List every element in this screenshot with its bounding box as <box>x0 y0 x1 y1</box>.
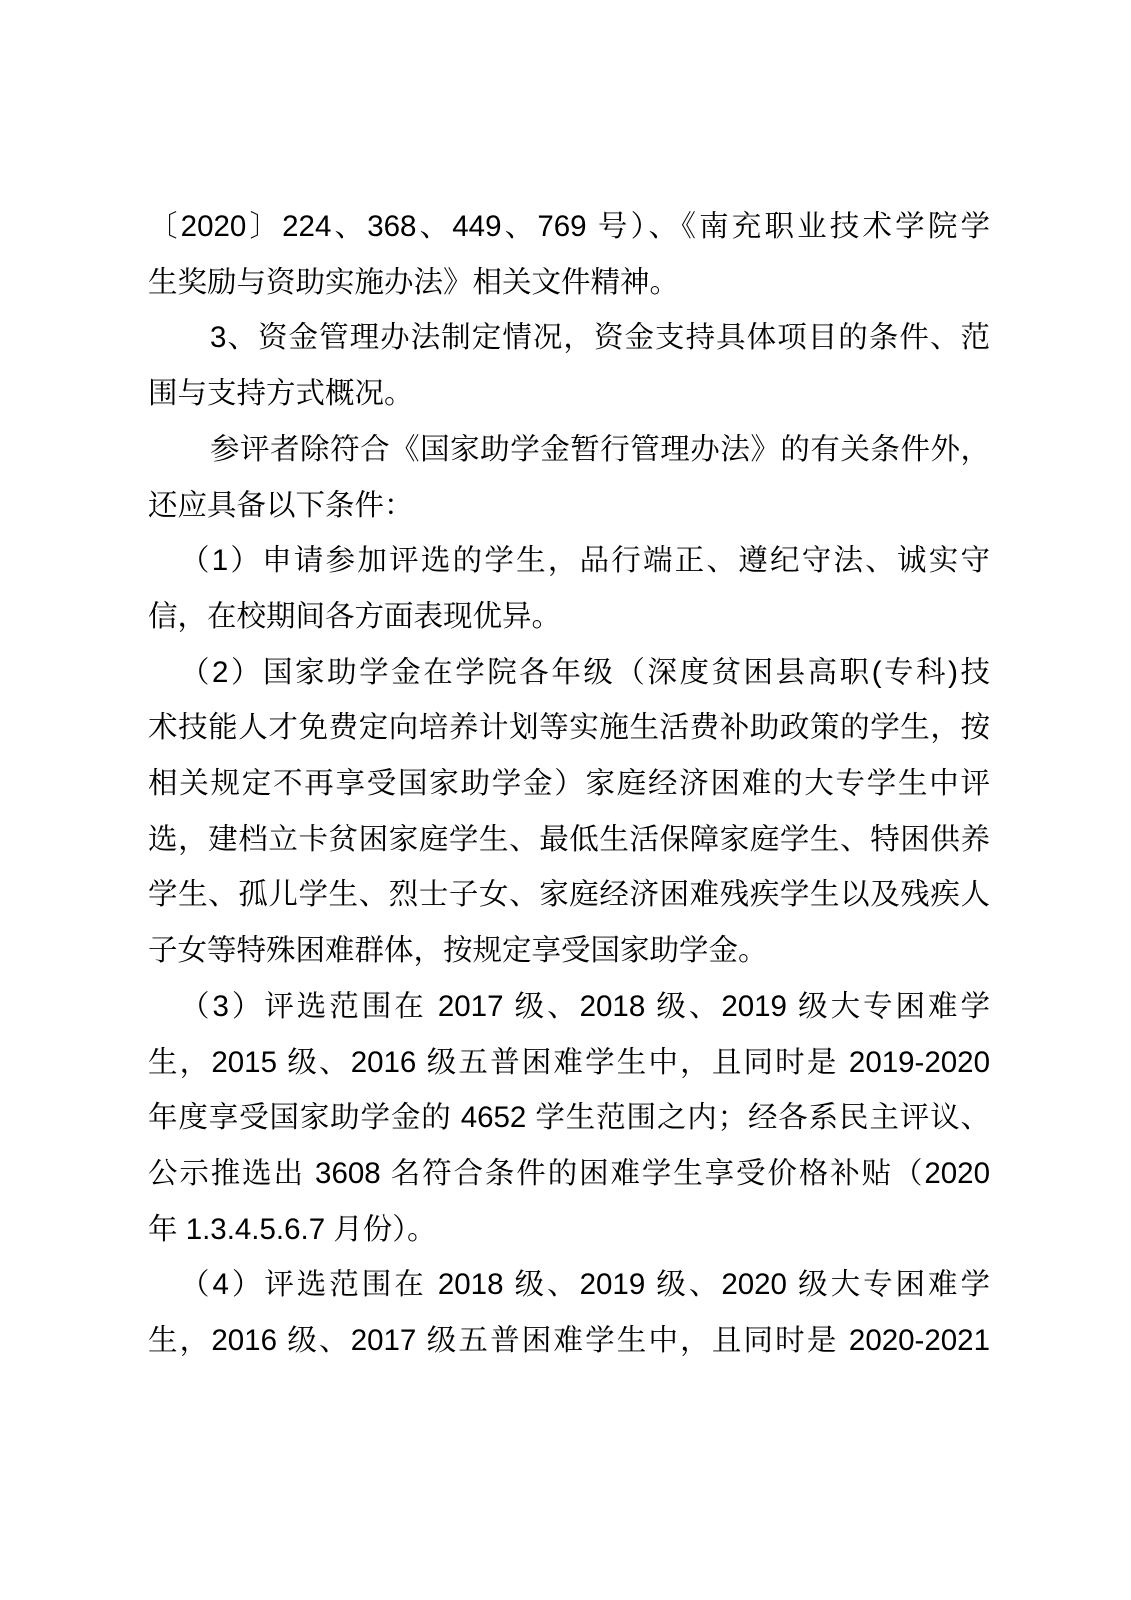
text-block: 〔2020〕224、368、449、769 号）、《南充职业技术学院学 生奖励与… <box>148 199 990 1369</box>
text-line: 生奖励与资助实施办法》相关文件精神。 <box>148 255 990 311</box>
text-line: 还应具备以下条件： <box>148 478 990 534</box>
text-line: 生，2016 级、2017 级五普困难学生中，且同时是 2020-2021 <box>148 1313 990 1369</box>
text-line: （3）评选范围在 2017 级、2018 级、2019 级大专困难学 <box>148 979 990 1035</box>
text-line: （2）国家助学金在学院各年级（深度贫困县高职(专科)技 <box>148 645 990 701</box>
text-line: 围与支持方式概况。 <box>148 366 990 422</box>
text-line: 信，在校期间各方面表现优异。 <box>148 589 990 645</box>
text-line: 术技能人才免费定向培养计划等实施生活费补助政策的学生，按 <box>148 700 990 756</box>
text-line: 年度享受国家助学金的 4652 学生范围之内；经各系民主评议、 <box>148 1090 990 1146</box>
text-line: 生，2015 级、2016 级五普困难学生中，且同时是 2019-2020 <box>148 1035 990 1091</box>
text-line: 公示推选出 3608 名符合条件的困难学生享受价格补贴（2020 <box>148 1146 990 1202</box>
document-page: 〔2020〕224、368、449、769 号）、《南充职业技术学院学 生奖励与… <box>0 0 1131 1600</box>
text-line: （1）申请参加评选的学生，品行端正、遵纪守法、诚实守 <box>148 533 990 589</box>
text-line: 学生、孤儿学生、烈士子女、家庭经济困难残疾学生以及残疾人 <box>148 867 990 923</box>
text-line: 参评者除符合《国家助学金暂行管理办法》的有关条件外， <box>148 422 990 478</box>
text-line: 年 1.3.4.5.6.7 月份）。 <box>148 1202 990 1258</box>
text-line: （4）评选范围在 2018 级、2019 级、2020 级大专困难学 <box>148 1257 990 1313</box>
text-line: 相关规定不再享受国家助学金）家庭经济困难的大专学生中评 <box>148 756 990 812</box>
text-line: 〔2020〕224、368、449、769 号）、《南充职业技术学院学 <box>148 199 990 255</box>
text-line: 子女等特殊困难群体，按规定享受国家助学金。 <box>148 923 990 979</box>
text-line: 3、资金管理办法制定情况，资金支持具体项目的条件、范 <box>148 310 990 366</box>
text-line: 选，建档立卡贫困家庭学生、最低生活保障家庭学生、特困供养 <box>148 812 990 868</box>
